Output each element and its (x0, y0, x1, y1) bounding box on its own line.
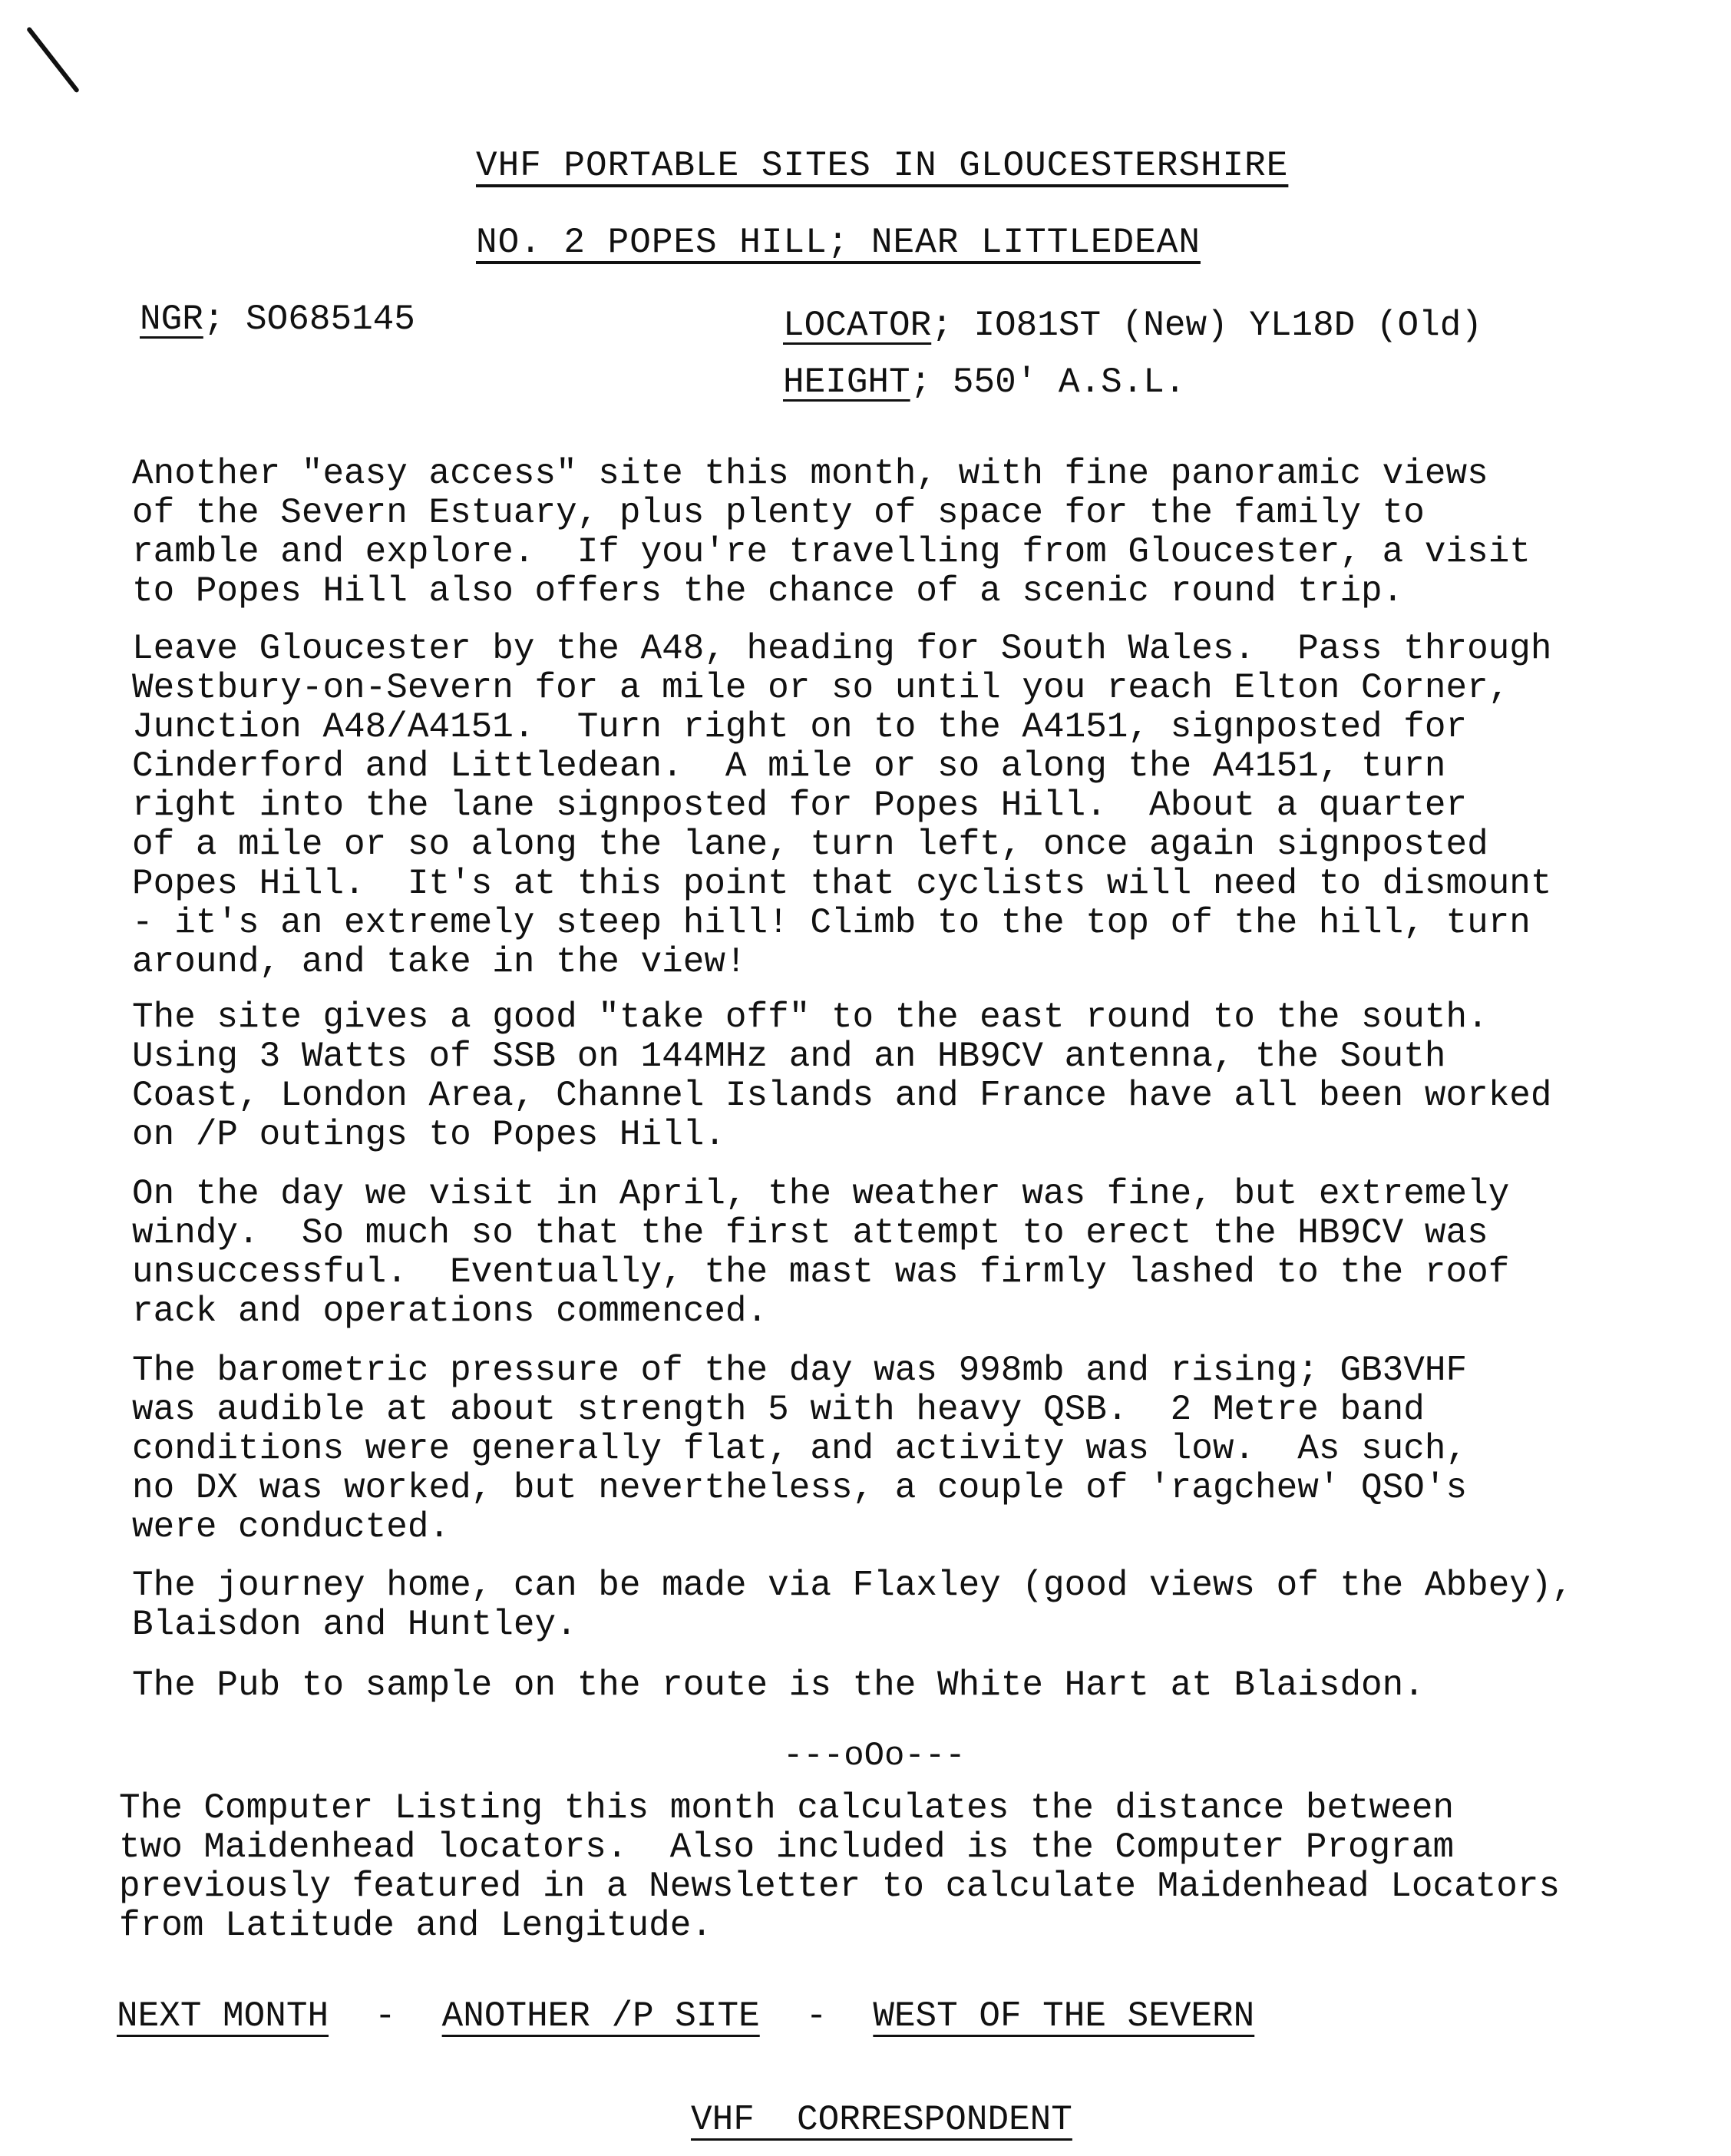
locator-field: LOCATOR; IO81ST (New) YL18D (Old) (783, 306, 1482, 346)
document-subtitle: NO. 2 POPES HILL; NEAR LITTLEDEAN (476, 223, 1201, 263)
locator-separator: ; (931, 306, 953, 346)
next-month-line: NEXT MONTH-ANOTHER /P SITE-WEST OF THE S… (117, 1996, 1254, 2036)
paragraph-april-visit: On the day we visit in April, the weathe… (132, 1175, 1729, 1331)
ngr-field: NGR; SO685145 (140, 299, 415, 339)
height-label: HEIGHT (783, 362, 910, 402)
height-field: HEIGHT; 550' A.S.L. (783, 362, 1186, 402)
next-month-label: NEXT MONTH (117, 1996, 329, 2036)
section-separator: ---oOo--- (783, 1737, 966, 1775)
next-month-part2: WEST OF THE SEVERN (873, 1996, 1254, 2036)
dash-separator: - (806, 1996, 828, 2036)
ngr-separator: ; (203, 299, 225, 339)
document-page: VHF PORTABLE SITES IN GLOUCESTERSHIRE NO… (0, 0, 1731, 2156)
locator-label: LOCATOR (783, 306, 931, 346)
locator-value: IO81ST (New) YL18D (Old) (973, 306, 1482, 346)
height-separator: ; (910, 362, 932, 402)
ngr-value: SO685145 (246, 299, 415, 339)
ngr-label: NGR (140, 299, 203, 339)
paragraph-intro: Another "easy access" site this month, w… (132, 455, 1729, 611)
height-value: 550' A.S.L. (953, 362, 1186, 402)
paragraph-pub: The Pub to sample on the route is the Wh… (132, 1666, 1729, 1705)
next-month-part1: ANOTHER /P SITE (442, 1996, 760, 2036)
stray-pen-mark (26, 26, 80, 93)
signoff: VHF CORRESPONDENT (691, 2100, 1072, 2140)
document-title: VHF PORTABLE SITES IN GLOUCESTERSHIRE (476, 146, 1288, 186)
paragraph-directions: Leave Gloucester by the A48, heading for… (132, 630, 1729, 982)
paragraph-journey-home: The journey home, can be made via Flaxle… (132, 1566, 1729, 1645)
paragraph-computer-listing: The Computer Listing this month calculat… (119, 1789, 1716, 1946)
paragraph-conditions: The barometric pressure of the day was 9… (132, 1351, 1729, 1547)
dash-separator: - (375, 1996, 396, 2036)
paragraph-take-off: The site gives a good "take off" to the … (132, 998, 1729, 1155)
